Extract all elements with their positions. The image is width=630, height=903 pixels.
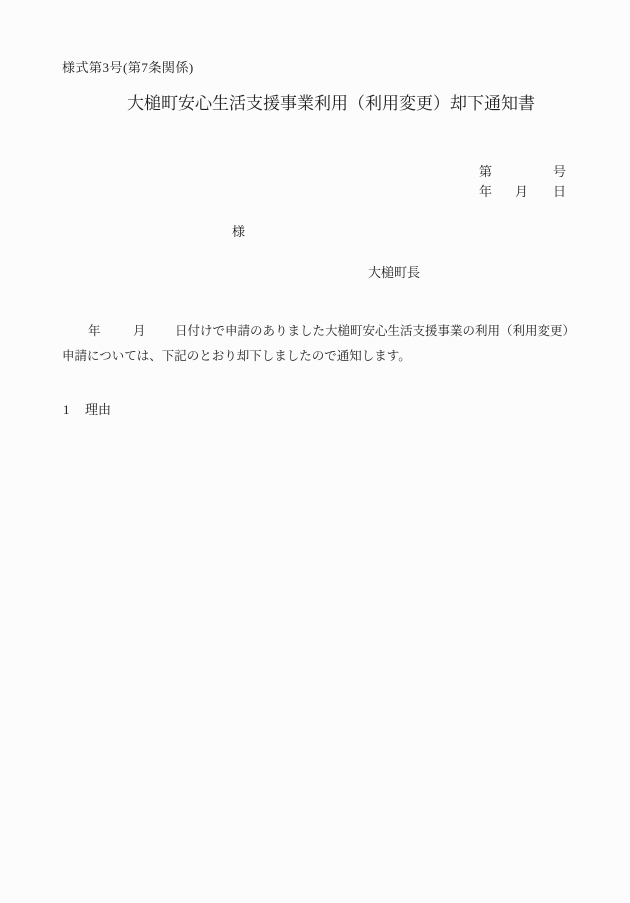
- doc-number-suffix: 号: [553, 165, 566, 180]
- date-day-label: 日: [553, 185, 566, 200]
- body-date-month-label: 月: [133, 324, 146, 338]
- addressee-honorific: 様: [232, 225, 245, 240]
- document-title: 大槌町安心生活支援事業利用（利用変更）却下通知書: [127, 94, 535, 114]
- body-paragraph-line2: 申請については、下記のとおり却下しましたので通知します。: [62, 349, 411, 363]
- body-paragraph-line1: 日付けで申請のありました大槌町安心生活支援事業の利用（利用変更）: [175, 324, 575, 338]
- date-month-label: 月: [515, 185, 528, 200]
- date-year-label: 年: [479, 185, 492, 200]
- document-page: 様式第3号(第7条関係) 大槌町安心生活支援事業利用（利用変更）却下通知書 第 …: [0, 0, 630, 903]
- section-1-number: 1: [63, 403, 70, 418]
- body-date-year-label: 年: [88, 324, 101, 338]
- sender-title: 大槌町長: [368, 266, 420, 281]
- doc-number-prefix: 第: [479, 165, 492, 180]
- form-number-label: 様式第3号(第7条関係): [62, 61, 194, 76]
- section-1-label: 理由: [85, 403, 111, 418]
